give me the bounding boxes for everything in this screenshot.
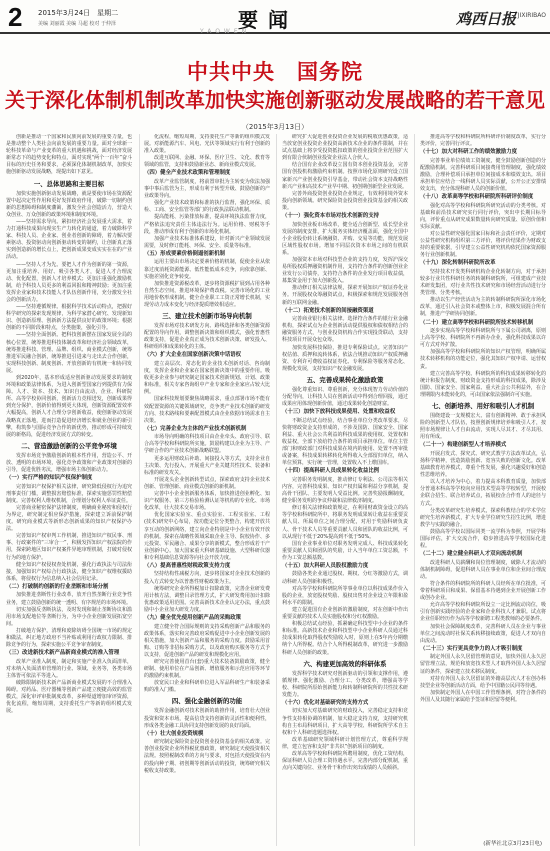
section-heading: （十一）强化资本市场对技术创新的支持 — [282, 213, 408, 221]
paragraph: ——坚持遵循规律。根据科学技术活动特点，把握好科学研究的探索发现规律，为科学家潜… — [6, 304, 132, 332]
article-headline: 关于深化体制机制改革加快实施创新驱动发展战略的若干意见 — [0, 86, 550, 114]
paragraph: 开展龙头企业创新转型试点，探索政府支持企业技术创新、管理创新、商业模式创新的新机… — [144, 477, 270, 491]
section-heading: （十七）加大对科研工作的绩效激励力度 — [420, 149, 546, 157]
section-heading: （二十一）构建创新型人才培养模式 — [420, 442, 546, 450]
paragraph: 鼓励各类企业通过股权、期权、分红等激励方式，调动科研人员创新积极性。 — [282, 571, 408, 585]
paragraph: 加快实施创新驱动发展战略，就是要使市场在资源配置中起决定性作用和更好发挥政府作用… — [6, 191, 132, 219]
paragraph: 运用主要由市场决定要素价格的机制，促使企业从依靠过度消耗资源能源、低性能低成本竞… — [144, 259, 270, 280]
paragraph: 加强产业技术标准体系建设，针对新兴产业领域发展需要，及时修订能耗、环保、安全、质… — [144, 236, 270, 250]
paragraph: 对高等学校和科研院所等事业单位以科技成果作价入股的企业，放宽股权奖励、股权出售对… — [282, 586, 408, 607]
section-heading: （八）提高普惠性财税政策支持力度 — [144, 563, 270, 571]
paragraph: 修订相关法律和政策规定，在利用财政资金设立的高等学校和科研院所中，将职务发明成果… — [282, 505, 408, 540]
paragraph: 改进科研人员薪酬和岗位管理制度，破除人才流动的体制机制障碍，促进科研人员在事业单… — [420, 560, 546, 581]
section-heading: 五、完善成果转化激励政策 — [282, 375, 408, 385]
paragraph: 开展启发式、探究式、研究式教学方法改革试点，弘扬科学精神，营造鼓励创新、宽容失败… — [420, 451, 546, 479]
section-heading: （十五）加大科研人员股权激励力度 — [282, 563, 408, 571]
paragraph: 对公益性研究强化国家目标和社会责任评价，定期对公益性研究机构组织第三方评价，将评… — [420, 231, 546, 259]
paragraph: 制定外国人永久居留管理的意见，加快外国人永久居留管理立法，规范和放宽技术型人才取… — [420, 654, 546, 675]
paragraph: 化流程，缩短周期，支持委托生产等新的组织模式发展。对新能源汽车、风电、光伏等领域… — [144, 134, 270, 155]
paragraph: 研究制定保险资金投资创业投资基金的相关政策。完善创业投资企业所得税优惠政策，研究… — [144, 739, 270, 774]
paragraph: 研究完善使用首台(套)重大技术装备鼓励政策，健全研制、使用单位在产品创新、增值服… — [144, 659, 270, 680]
paragraph: 加快发展科技保险，推进专利保险试点。完善知识产权估值、质押和流转体系，依法合规推… — [282, 345, 408, 373]
article-body: 创新是推动一个国家和民族向前发展的重要力量，也是推动整个人类社会向前发展的重要力… — [6, 134, 546, 846]
paragraph: 发挥市场竞争激励创新的根本性作用，营造公平、开放、透明的市场环境，强化竞争政策和… — [6, 453, 132, 474]
section-heading: （十八）改革高等学校和科研院所科研评价制度 — [420, 194, 546, 202]
paragraph: 创新是推动一个国家和民族向前发展的重要力量，也是推动整个人类社会向前发展的重要力… — [6, 134, 132, 177]
article-dateline: （2015年3月13日） — [0, 122, 550, 132]
section-heading: （五）形成要素价格倒逼创新机制 — [144, 251, 270, 259]
paragraph: 完善知识产权审判工作机制，推进知识产权民事、刑事、行政案件的“三审合一”，积极发… — [6, 533, 132, 561]
paragraph: 完善职务发明制度，推动修订专利法、公司法等相关内容，完善科技成果、知识产权归属和… — [282, 477, 408, 505]
paragraph: 市场导向明确的科技项目由企业牵头、政府引导、联合高等学校和科研院所实施。鼓励构建… — [144, 434, 270, 455]
paragraph: 切实加强反垄断执法，及时发现和制止垄断协议和滥用市场支配地位等垄断行为，为中小企… — [6, 607, 132, 628]
section-pinyin: YAOWEN — [200, 28, 250, 35]
paragraph: 建立促进国有企业创新的激励制度，对在创新中作出重要贡献的技术人员实施股权和分红权… — [282, 607, 408, 621]
article-subhead: 中共中央 国务院 — [0, 58, 550, 86]
paragraph: 完善外商投资创业投资企业规定，有效利用境外资本投向创新领域。研究保险资金投资创业… — [282, 191, 408, 212]
paragraph: 改革基础研究领域科研计划管理方式，尊重科学规律，建立包容和支持“非共识”创新项目… — [282, 737, 408, 751]
paragraph: 符合条件的科研院所的科研人员经所在单位批准，可带着科研项目和成果、保留基本待遇到… — [420, 581, 546, 602]
paragraph: 加快推进垄断性行业改革，放开自然垄断行业竞争性业务，建立鼓励创新的统一透明、有序… — [6, 592, 132, 606]
paragraph: 加快制定外国人在中国工作管理条例，对符合条件的外国人及其随行家属给予签证和居留等… — [420, 690, 546, 704]
paragraph: 结合国有企业改革设立国有资本创业投资基金，完善国有创投机构激励约束机制。按照市场… — [282, 162, 408, 190]
paragraph: 鼓励高等学校以国际同类一流学科为参照，开展学科国际评估，扩大交流合作，稳步推进高… — [420, 529, 546, 550]
column-divider — [139, 134, 140, 846]
editors-credit: 美编 刘丽霞 美编 马超 校对 于仲泽 — [38, 20, 116, 27]
section-heading: （十九）深化转制科研院所改革 — [420, 260, 546, 268]
section-heading: （十六）优化对基础研究的支持方式 — [282, 700, 408, 708]
paragraph: ——坚持需求导向。紧扣经济社会发展重大需求，着力打通科技成果向现实生产力转化的通… — [6, 219, 132, 262]
issue-date: 2015年3月24日 星期二 — [38, 8, 118, 18]
section-heading: （一）实行严格的知识产权保护制度 — [6, 475, 132, 483]
newspaper-logo: 鸡西日报 — [456, 8, 516, 29]
paragraph: 以人才培养为中心，着力提高本科教育质量，加快部分普通本科高等学校向应用技术型高等… — [420, 479, 546, 507]
paragraph: 放宽民口企业和科研单位进入军品科研生产和装备采购的准入门槛。 — [144, 680, 270, 694]
paragraph: 统筹研究企业所得税加计扣除政策，完善企业研发费用计核方法，调整目录管理方式，扩大… — [144, 586, 270, 614]
newspaper-page: 2 2015年3月24日 星期二 美编 刘丽霞 美编 马超 校对 于仲泽 要闻 … — [0, 0, 550, 851]
paragraph: 对持有外国人永久居留证的外籍高层次人才在创办科技型企业等创新活动方面，给予中国籍… — [420, 676, 546, 690]
paragraph: 推动修订相关法律法规，探索开展知识产权证券化业务。开展股权众筹融资试点，积极探索… — [282, 285, 408, 306]
section-heading: （十四）提高科研人员成果转化收益比例 — [282, 468, 408, 476]
section-heading: （三）改进新技术新产品新商业模式的准入管理 — [6, 650, 132, 658]
paragraph: 加强资本市场对科技型企业的支持力度，发挥沪深交易所股权质押融资机制作用，支持符合… — [282, 257, 408, 285]
paragraph: 改革高等学校和科研院所聘用制度，优化工资结构，保证科研人员合理工资待遇水平。完善… — [282, 751, 408, 772]
section-heading: （十）壮大创业投资规模 — [144, 731, 270, 739]
section-heading: 四、强化金融创新的功能 — [144, 696, 270, 706]
paragraph: 切实加大对基础研究的财政投入，完善稳定支持和竞争性支持相协调的机制，加大稳定支持… — [282, 708, 408, 736]
paragraph: 改革产业准入制度，制定和实施产业准入负面清单，对未纳入负面清单管理的行业、领域、… — [6, 659, 132, 680]
section-heading: （十三）加快下放科技成果使用、处置和收益权 — [282, 409, 408, 417]
paragraph: 更多运用财政后补助、间接投入等方式，支持企业自主决策、先行投入，开展重大产业关键… — [144, 456, 270, 477]
paragraph: 坚持技术开发类科研机构企业化转制方向，对于承担较多行业共性科研任务的转制科研院所… — [420, 269, 546, 297]
paragraph: 发挥市场对技术研发方向、路线选择和各类创新资源配置的导向作用，调整创新决策和组织… — [144, 323, 270, 351]
paragraph: 加快推进资源税改革，逐步将资源税扩展到占用各种自然生态空间，推进环境保护费改税。… — [144, 281, 270, 309]
newspaper-logo-latin: JIXIRIBAO — [518, 12, 546, 19]
text-column-1: 创新是推动一个国家和民族向前发展的重要力量，也是推动整个人类社会向前发展的重要力… — [6, 134, 132, 846]
paragraph: 国有企业事业单位对职务发明完成人、科技成果转化重要贡献人员和团队的奖励，计入当年… — [282, 541, 408, 562]
column-divider — [414, 134, 415, 846]
paragraph: 到2020年，基本形成适应创新驱动发展要求的制度环境和政策法律体系，为进入创新型… — [6, 375, 132, 439]
section-heading: 六、构建更加高效的科研体系 — [282, 659, 408, 669]
section-heading: （十二）拓宽技术创新的间接融资渠道 — [282, 308, 408, 316]
paragraph: ——坚持人才为先。要把人才作为创新的第一资源，更加注重培养、用好、吸引各类人才，… — [6, 262, 132, 305]
section-heading: 七、创新培养、用好和吸引人才机制 — [420, 401, 546, 411]
headline-area: 中共中央 国务院 关于深化体制机制改革加快实施创新驱动发展战略的若干意见 — [0, 58, 550, 128]
paragraph: 积极总结试点经验，抓紧确定科技型中小企业的条件和标准。高新技术企业和科技型中小企… — [282, 621, 408, 656]
paragraph: 强化对高等学校和科研院所研究活动的分类考核。对基础和前沿技术研究实行同行评价，突… — [420, 203, 546, 231]
paragraph: 发挥科学技术研究对创新驱动的引领和支撑作用，遵循规律、强化激励、合理分工、分类改… — [282, 671, 408, 699]
paragraph: 优化国家实验室、重点实验室、工程实验室、工程(技术)研究中心布局，按功能定位分类… — [144, 512, 270, 562]
section-heading: （六）扩大企业在国家创新决策中话语权 — [144, 352, 270, 360]
paragraph: 破除限制新技术新产品新商业模式发展的不合理准入障碍。对药品、医疗器械等创新产品建… — [6, 680, 132, 715]
paragraph: 打破地方保护，清理和废除妨碍全国统一市场的规定和做法，纠正地方政府不当补贴或利用… — [6, 628, 132, 649]
text-column-2: 化流程，缩短周期，支持委托生产等新的组织模式发展。对新能源汽车、风电、光伏等领域… — [144, 134, 270, 846]
paragraph: 允许高等学校和科研院所设立一定比例流动岗位，吸引有创新实践经验的企业家和企业科技… — [420, 602, 546, 623]
paragraph: 推动以生产经营活动为主的转制科研院所深化市场化改革，通过引入社会资本或整体上市，… — [420, 297, 546, 318]
paragraph: 加强高等学校和科研院所的知识产权管理，明确所属技术转移机构的功能定位，强化其知识… — [420, 349, 546, 370]
masthead: 2 2015年3月24日 星期二 美编 刘丽霞 美编 马超 校对 于仲泽 要闻 … — [0, 0, 550, 34]
paragraph: 完善商业秘密保护法律制度，明确商业秘密和侵权行为界定，研究制定相应保护措施，探索… — [6, 505, 132, 533]
paragraph: 建立健全符合国际规则的支持采购创新产品和服务的政策体系，落实和完善政府采购促进中… — [144, 624, 270, 659]
paragraph: 建立高层次、常态化的企业技术创新对话、咨询制度，发挥企业和企业家在国家创新决策中… — [144, 361, 270, 396]
paragraph: 建立完善高等学校、科研院所的科技成果转移转化的统计和报告制度，财政资金支持形成的… — [420, 371, 546, 399]
column-divider — [276, 134, 277, 846]
paragraph: 围绕建设一支规模宏大、富有创新精神、敢于承担风险的创新型人才队伍，按照创新规律培… — [420, 413, 546, 441]
paragraph: 完善知识产权保护相关法律，研究降低侵权行为追究刑事责任门槛，调整损害赔偿标准，探… — [6, 484, 132, 505]
section-heading: （七）完善企业为主体的产业技术创新机制 — [144, 426, 270, 434]
section-heading: （九）健全优先使用创新产品的采购政策 — [144, 615, 270, 623]
section-heading: （二十）建立高等学校和科研院所技术转移机制 — [420, 320, 546, 328]
section-heading: （二十二）建立健全科研人才双向流动机制 — [420, 551, 546, 559]
paragraph: 不断总结试点经验，结合事业单位分类改革要求，尽快将财政资金支持形成的，不涉及国防… — [282, 418, 408, 468]
paragraph: 提高能耗、污染排放标准，提高环境执法监督力度，严格依法追究责任主体违法行为。运用… — [144, 214, 270, 235]
section-heading: 三、建立技术创新市场导向机制 — [144, 311, 270, 321]
paragraph: 改革产业监管制度，将前置审批为主转变为依法加强事中事后监管为主，形成有利于转型升… — [144, 179, 270, 200]
paragraph: 坚持结构性减税方向，逐步将国家对企业技术创新的投入方式转变为以普惠性财税政策为主… — [144, 571, 270, 585]
text-column-4: 推进高等学校和科研院所科研评价制度改革，实行分类评价，完善同行评议。（十七）加大… — [420, 134, 546, 846]
paragraph: 加快创业板市场改革，健全适合创新型、成长型企业发展的制度安排，扩大服务实体经济覆… — [282, 222, 408, 257]
paragraph: 国家科技规划要聚焦战略需求，重点部署市场不能有效配置资源的关键领域研究，竞争类产… — [144, 396, 270, 424]
text-column-3: 研究扩大促进创业投资企业发展的税收优惠政策，适当放宽创业投资企业投资高新技术企业… — [282, 134, 408, 846]
paragraph: 改进互联网、金融、环保、医疗卫生、文化、教育等领域的监管，支持和鼓励新业态、新商… — [144, 155, 270, 169]
paragraph: 加快社会保障制度改革，完善科研人员在企业与事业单位之间流动时社保关系转移接续政策… — [420, 624, 546, 645]
paragraph: 逐步实现高等学校和科研院所与下属公司剥离，原则上高等学校、科研院所不再新办企业，… — [420, 328, 546, 349]
source-note: (新华社北京3月23日电) — [483, 839, 542, 847]
paragraph: 完善事业单位绩效工资制度，健全鼓励创新创造的分配激励机制。完善科研项目间接费用管… — [420, 158, 546, 193]
paragraph: 完善中小企业创新服务体系，加快推进创业孵化、知识产权服务、第三方检验检测认证等机… — [144, 491, 270, 512]
paragraph: 强化产业技术政策和标准的执行监督，强化环保、质检、工商、安全监管等部门的行政执法… — [144, 200, 270, 214]
paragraph: 发挥金融创新对技术创新的助推作用，培育壮大创业投资和资本市场，提高信贷支持创新的… — [144, 708, 270, 729]
paragraph: 健全知识产权侵权查处机制，强化行政执法与司法衔接，加强知识产权综合行政执法，健全… — [6, 562, 132, 583]
paragraph: 强化尊重知识、尊重创新，充分体现智力劳动价值的分配导向，让科技人员在创新活动中得… — [282, 387, 408, 408]
paragraph: 分类改革研究生培养模式，探索科教结合的学术学位研究生培养新模式，扩大专业学位研究… — [420, 508, 546, 529]
page-number: 2 — [8, 2, 22, 32]
section-heading: （二）打破制约创新的行业垄断和市场分割 — [6, 584, 132, 592]
paragraph: ——坚持全面创新。把科技创新摆在国家发展全局的核心位置，统筹推进科技体制改革和经… — [6, 332, 132, 375]
paragraph: 完善商业银行相关法律。选择符合条件的银行业金融机构，探索试点为企业创新活动提供股… — [282, 316, 408, 344]
paragraph: 研究扩大促进创业投资企业发展的税收优惠政策，适当放宽创业投资企业投资高新技术企业… — [282, 134, 408, 162]
section-heading: 二、营造激励创新的公平竞争环境 — [6, 441, 132, 451]
section-heading: （二十三）实行更具竞争力的人才吸引制度 — [420, 646, 546, 654]
section-heading: （四）健全产业技术政策和管理制度 — [144, 170, 270, 178]
section-heading: 一、总体思路和主要目标 — [6, 179, 132, 189]
paragraph: 推进高等学校和科研院所科研评价制度改革，实行分类评价，完善同行评议。 — [420, 134, 546, 148]
